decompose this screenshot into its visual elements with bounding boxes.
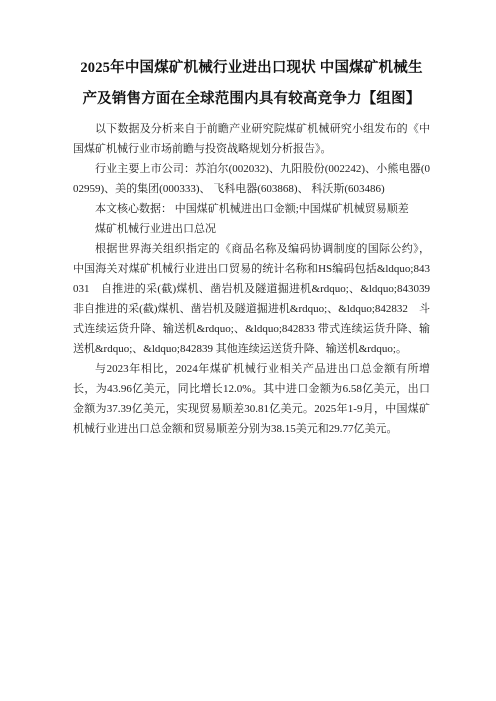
hs-codes-paragraph: 根据世界海关组织指定的《商品名称及编码协调制度的国际公约》，中国海关对煤矿机械行…: [73, 239, 430, 359]
trade-figures-paragraph: 与2023年相比，2024年煤矿机械行业相关产品进出口总金额有所增长，为43.9…: [73, 359, 430, 439]
document-page: 2025年中国煤矿机械行业进出口现状 中国煤矿机械生产及销售方面在全球范围内具有…: [0, 0, 496, 701]
section-heading-import-export-overview: 煤矿机械行业进出口总况: [73, 219, 430, 239]
core-data-paragraph: 本文核心数据： 中国煤矿机械进出口金额;中国煤矿机械贸易顺差: [73, 199, 430, 219]
source-attribution-paragraph: 以下数据及分析来自于前瞻产业研究院煤矿机械研究小组发布的《中国煤矿机械行业市场前…: [73, 119, 430, 159]
document-title: 2025年中国煤矿机械行业进出口现状 中国煤矿机械生产及销售方面在全球范围内具有…: [73, 53, 430, 115]
listed-companies-paragraph: 行业主要上市公司：苏泊尔(002032)、九阳股份(002242)、小熊电器(0…: [73, 159, 430, 199]
